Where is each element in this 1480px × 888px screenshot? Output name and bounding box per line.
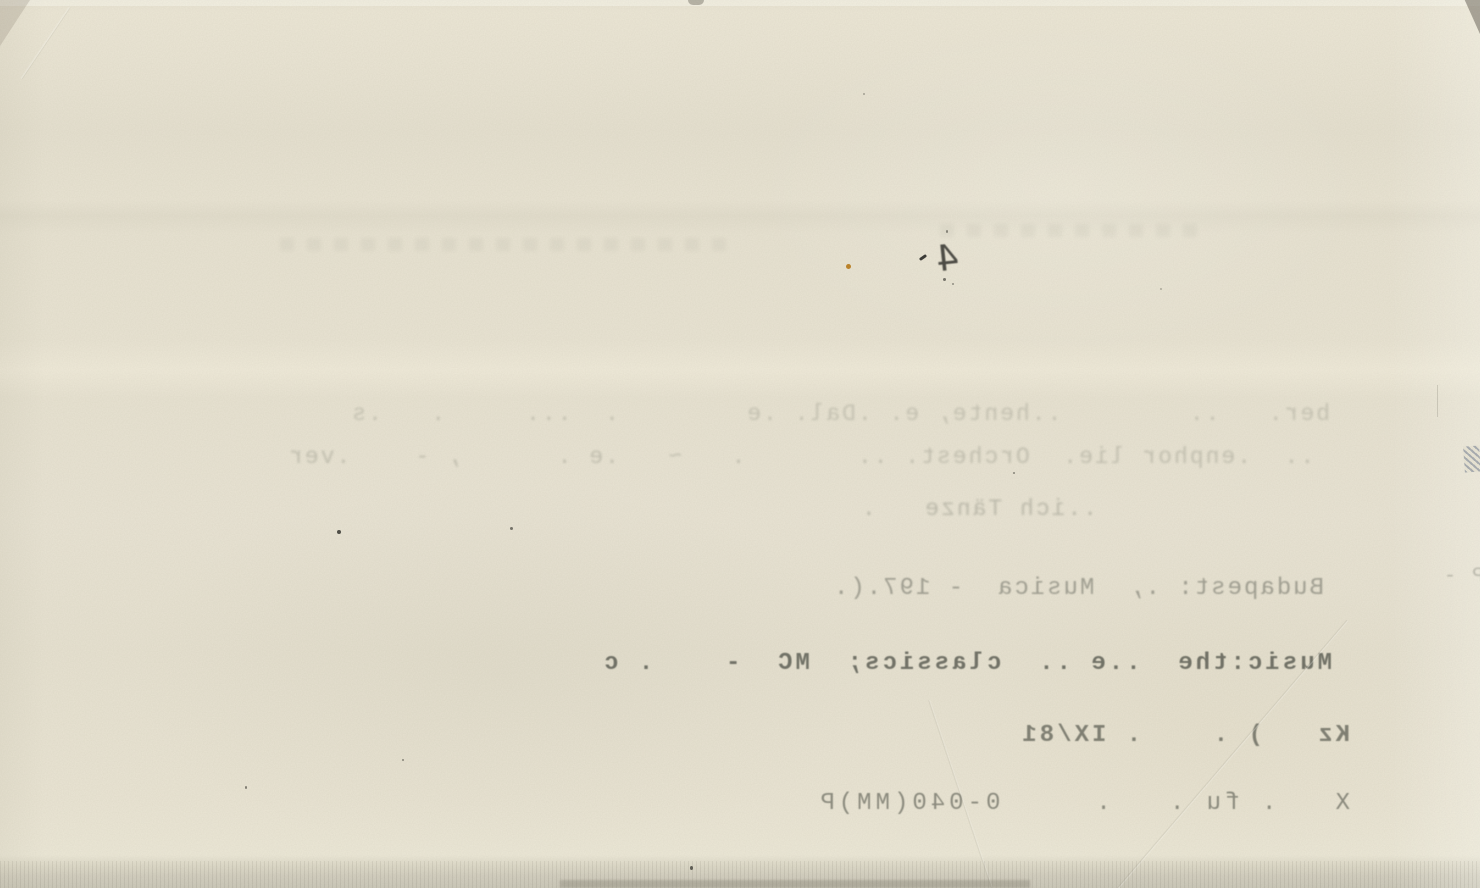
ghost-text-line-7-text: X . fu . . 0-040(MM)P [763, 790, 1350, 817]
ink-speck-7 [863, 93, 865, 95]
ghost-text-line-2-text: .. .enphor lie. Orchest. .. . ~ .e . , -… [95, 444, 1330, 470]
ink-scribble-mark: 4 [912, 236, 982, 296]
ghost-text-line-7: X . fu . . 0-040(MM)P [763, 736, 1350, 871]
ink-speck-3 [245, 786, 247, 789]
crease-line-top-left [20, 7, 71, 80]
ink-speck-2 [510, 527, 513, 530]
scribble-dot-bottom2 [952, 283, 954, 285]
edge-streak-right [1437, 385, 1438, 417]
scanned-card-verso: ber. .. ..hente, e. .Dal. .e . ... . .s … [0, 0, 1480, 888]
ghost-text-line-2: .. .enphor lie. Orchest. .. . ~ .e . , -… [95, 392, 1330, 522]
orange-speck [846, 264, 851, 269]
ink-speck-1 [337, 530, 341, 534]
ink-speck-6 [1013, 472, 1015, 474]
corner-smudge-top-left [0, 0, 30, 46]
scribble-dot-bottom1 [943, 278, 946, 281]
edge-nick-top [688, 0, 704, 5]
scribble-dot-top [946, 230, 948, 233]
ghost-fragment-right-edge: P - [1440, 519, 1480, 634]
scan-edge-dark-segment [560, 880, 1030, 888]
ink-speck-4 [402, 759, 404, 761]
apostrophe-stroke [919, 254, 927, 261]
ghost-fragment-right-edge-text: P - [1440, 565, 1480, 588]
hatch-mark-right-edge [1463, 445, 1480, 472]
scan-edge-top-strip [0, 0, 1480, 6]
faint-smudge-row-2 [280, 238, 730, 251]
ink-speck-8 [1160, 288, 1162, 290]
scribble-character: 4 [934, 237, 961, 280]
ghost-text-line-3-text: ..ich Tänze . [853, 496, 1097, 522]
paper-mottle-light [750, 20, 1370, 360]
